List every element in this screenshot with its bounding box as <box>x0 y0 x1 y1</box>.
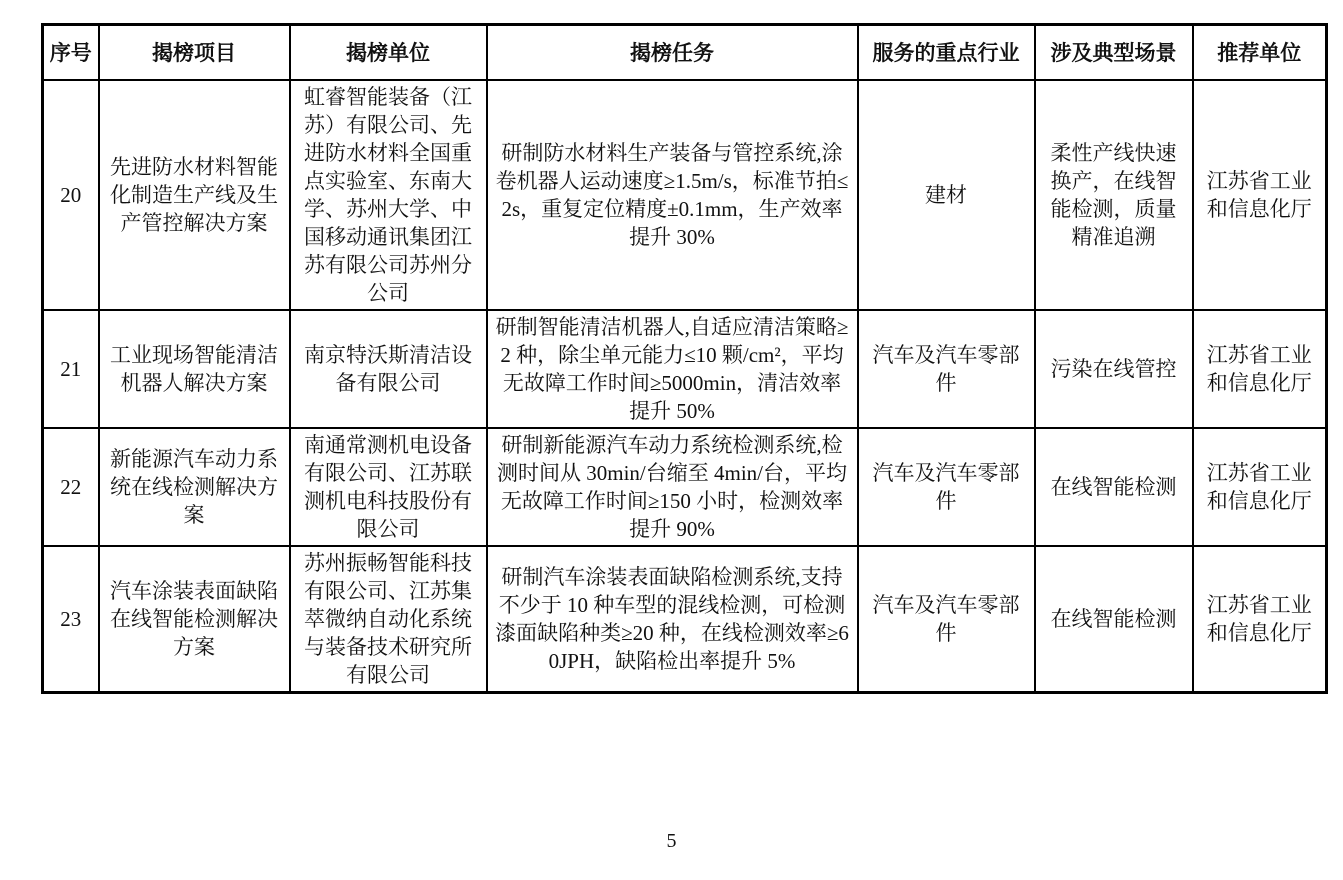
cell-project: 汽车涂装表面缺陷在线智能检测解决方案 <box>99 546 290 693</box>
col-header-index: 序号 <box>43 25 99 81</box>
cell-task: 研制汽车涂装表面缺陷检测系统,支持不少于 10 种车型的混线检测，可检测漆面缺陷… <box>487 546 858 693</box>
document-page: 序号 揭榜项目 揭榜单位 揭榜任务 服务的重点行业 涉及典型场景 推荐单位 20… <box>0 0 1343 880</box>
col-header-project: 揭榜项目 <box>99 25 290 81</box>
col-header-unit: 揭榜单位 <box>290 25 487 81</box>
project-list-table: 序号 揭榜项目 揭榜单位 揭榜任务 服务的重点行业 涉及典型场景 推荐单位 20… <box>41 23 1328 694</box>
cell-industry: 汽车及汽车零部件 <box>858 428 1035 546</box>
cell-index: 20 <box>43 80 99 310</box>
cell-scenario: 污染在线管控 <box>1035 310 1193 428</box>
cell-project: 新能源汽车动力系统在线检测解决方案 <box>99 428 290 546</box>
cell-unit: 南京特沃斯清洁设备有限公司 <box>290 310 487 428</box>
cell-task: 研制新能源汽车动力系统检测系统,检测时间从 30min/台缩至 4min/台，平… <box>487 428 858 546</box>
cell-index: 22 <box>43 428 99 546</box>
col-header-scenario: 涉及典型场景 <box>1035 25 1193 81</box>
cell-unit: 苏州振畅智能科技有限公司、江苏集萃微纳自动化系统与装备技术研究所有限公司 <box>290 546 487 693</box>
cell-industry: 建材 <box>858 80 1035 310</box>
table-row: 21 工业现场智能清洁机器人解决方案 南京特沃斯清洁设备有限公司 研制智能清洁机… <box>43 310 1327 428</box>
col-header-recommender: 推荐单位 <box>1193 25 1327 81</box>
cell-industry: 汽车及汽车零部件 <box>858 546 1035 693</box>
cell-recommender: 江苏省工业和信息化厅 <box>1193 428 1327 546</box>
table-header-row: 序号 揭榜项目 揭榜单位 揭榜任务 服务的重点行业 涉及典型场景 推荐单位 <box>43 25 1327 81</box>
cell-recommender: 江苏省工业和信息化厅 <box>1193 546 1327 693</box>
cell-scenario: 在线智能检测 <box>1035 428 1193 546</box>
col-header-task: 揭榜任务 <box>487 25 858 81</box>
cell-scenario: 柔性产线快速换产，在线智能检测，质量精准追溯 <box>1035 80 1193 310</box>
cell-recommender: 江苏省工业和信息化厅 <box>1193 310 1327 428</box>
table-row: 20 先进防水材料智能化制造生产线及生产管控解决方案 虹睿智能装备（江苏）有限公… <box>43 80 1327 310</box>
cell-project: 工业现场智能清洁机器人解决方案 <box>99 310 290 428</box>
cell-scenario: 在线智能检测 <box>1035 546 1193 693</box>
cell-unit: 虹睿智能装备（江苏）有限公司、先进防水材料全国重点实验室、东南大学、苏州大学、中… <box>290 80 487 310</box>
cell-unit: 南通常测机电设备有限公司、江苏联测机电科技股份有限公司 <box>290 428 487 546</box>
table-row: 22 新能源汽车动力系统在线检测解决方案 南通常测机电设备有限公司、江苏联测机电… <box>43 428 1327 546</box>
cell-project: 先进防水材料智能化制造生产线及生产管控解决方案 <box>99 80 290 310</box>
page-number: 5 <box>0 830 1343 853</box>
cell-task: 研制智能清洁机器人,自适应清洁策略≥2 种，除尘单元能力≤10 颗/cm²，平均… <box>487 310 858 428</box>
cell-index: 23 <box>43 546 99 693</box>
cell-industry: 汽车及汽车零部件 <box>858 310 1035 428</box>
col-header-industry: 服务的重点行业 <box>858 25 1035 81</box>
cell-recommender: 江苏省工业和信息化厅 <box>1193 80 1327 310</box>
cell-index: 21 <box>43 310 99 428</box>
cell-task: 研制防水材料生产装备与管控系统,涂卷机器人运动速度≥1.5m/s，标准节拍≤2s… <box>487 80 858 310</box>
table-row: 23 汽车涂装表面缺陷在线智能检测解决方案 苏州振畅智能科技有限公司、江苏集萃微… <box>43 546 1327 693</box>
